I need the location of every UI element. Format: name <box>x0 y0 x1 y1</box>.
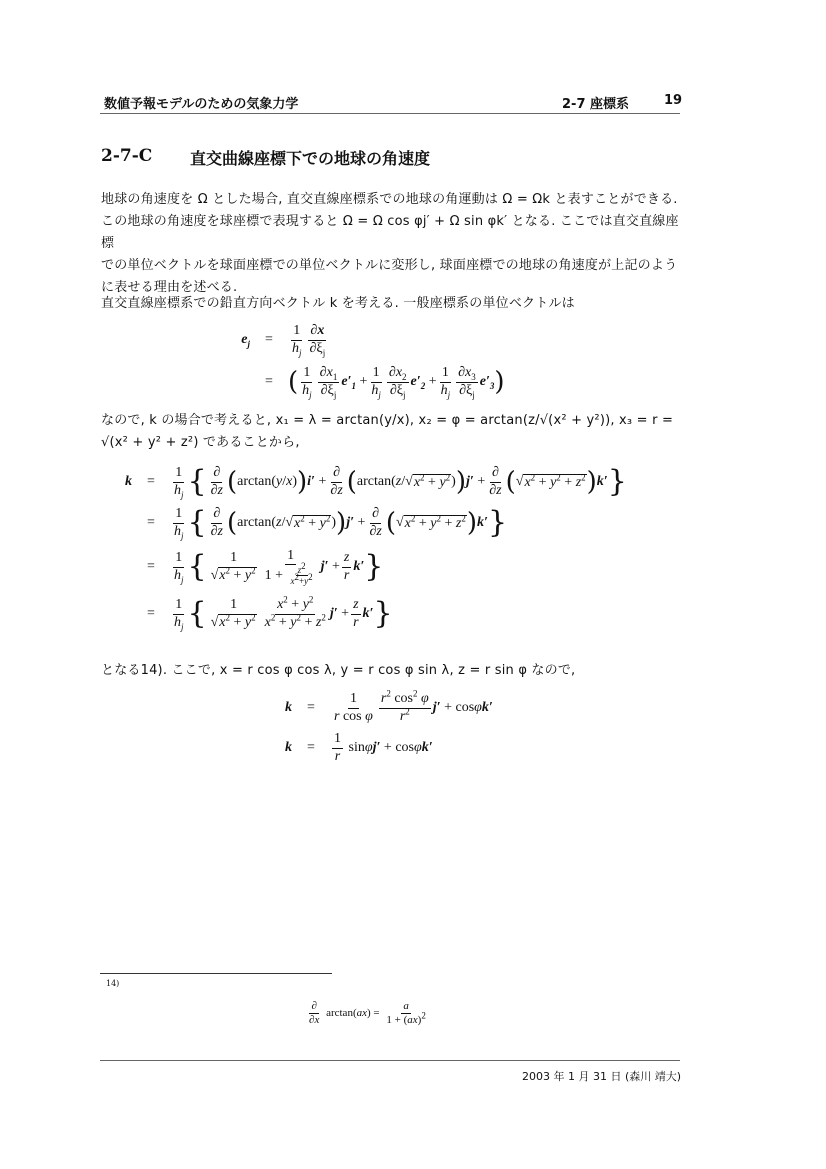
intro-paragraph: 地球の角速度を Ω とした場合, 直交直線座標系での地球の角運動は Ω = Ωk… <box>101 189 691 299</box>
vertical-vector-paragraph: 直交直線座標系での鉛直方向ベクトル k を考える. 一般座標系の単位ベクトルは <box>101 293 575 315</box>
running-title: 数値予報モデルのための気象力学 <box>104 93 298 112</box>
equation-row: = 1hj { 1√x2 + y2x2 + y2x2 + y2 + z2j′ +… <box>92 592 393 636</box>
footer-rule <box>100 1060 680 1061</box>
text-line: この地球の角速度を球座標で表現すると Ω = Ω cos φj′ + Ω sin… <box>101 211 691 255</box>
k-case-paragraph: なので, k の場合で考えると, x₁ = λ = arctan(y/x), x… <box>101 410 691 454</box>
section-title: 直交曲線座標下での地球の角速度 <box>190 146 430 169</box>
text-line: なので, k の場合で考えると, x₁ = λ = arctan(y/x), x… <box>101 410 691 432</box>
equation-row: ej= 1hj ∂x∂ξj <box>210 322 329 358</box>
text-line: での単位ベクトルを球面座標での単位ベクトルに変形し, 球面座標での地球の角速度が… <box>101 255 691 277</box>
equation-row: = ( 1hj∂x1∂ξje′1 + 1hj∂x2∂ξje′2 + 1hj∂x3… <box>210 362 505 402</box>
section-number: 2-7-C <box>101 146 152 166</box>
footer-date-author: 2003 年 1 月 31 日 (森川 靖大) <box>522 1068 681 1084</box>
footnote-equation: ∂∂x arctan(ax) = a1 + (ax)2 <box>305 996 430 1030</box>
substitution-paragraph: となる14). ここで, x = r cos φ cos λ, y = r co… <box>101 660 575 682</box>
running-section: 2-7 座標系 <box>562 93 629 112</box>
equation-row: = 1hj { 1√x2 + y211 + z2x2+y2j′ + zrk′ } <box>92 545 383 589</box>
footnote-rule <box>100 973 332 974</box>
equation-row: k= 1hj { ∂∂z(arctan(y/x))i′ + ∂∂z(arctan… <box>92 462 627 502</box>
equation-row: k= 1r cos φ r2 cos2 φr2j′ + cos φk′ <box>252 688 493 728</box>
footnote-mark: 14) <box>106 979 119 988</box>
page-number: 19 <box>664 93 682 108</box>
equation-row: k= 1r sin φj′ + cos φk′ <box>252 728 433 768</box>
equation-row: = 1hj { ∂∂z(arctan(z/√x2 + y2))j′ + ∂∂z(… <box>92 503 507 543</box>
header-rule <box>100 113 680 114</box>
text-line: √(x² + y² + z²) であることから, <box>101 432 691 454</box>
text-line: 地球の角速度を Ω とした場合, 直交直線座標系での地球の角運動は Ω = Ωk… <box>101 189 691 211</box>
